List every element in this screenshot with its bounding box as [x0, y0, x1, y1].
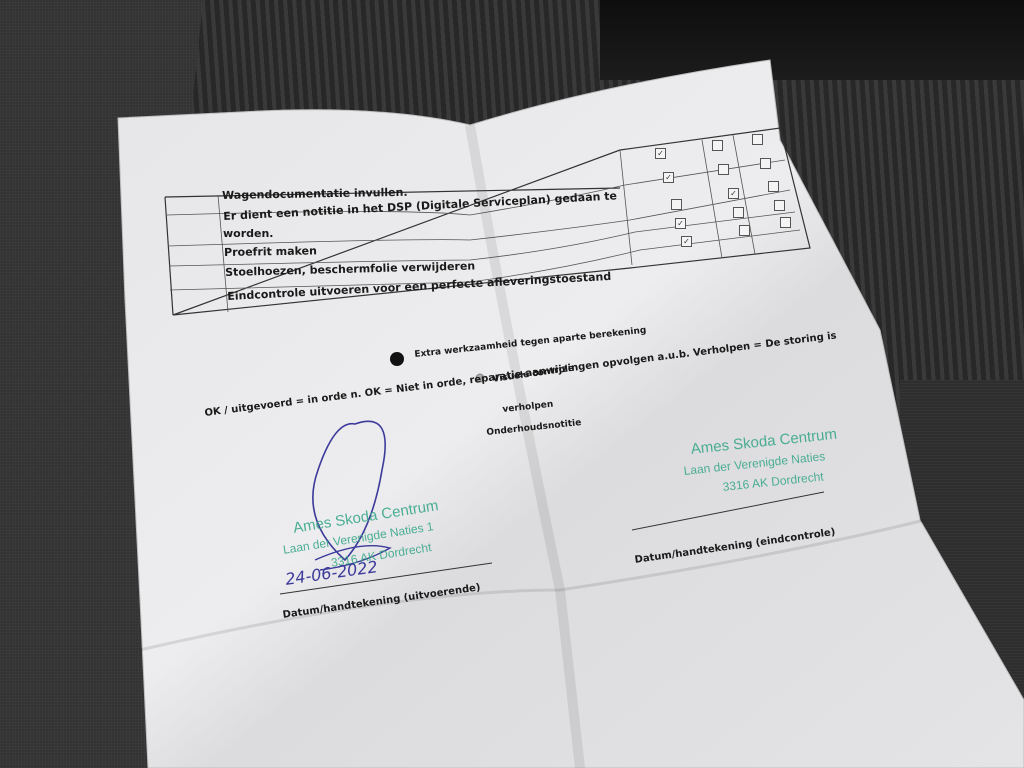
task-row-3: Proefrit maken	[224, 244, 317, 259]
checkbox-r2-c2[interactable]	[718, 164, 729, 175]
task-row-2-line2: worden.	[223, 227, 274, 240]
checkbox-r4-c3[interactable]	[774, 200, 785, 211]
checkbox-r3-c2[interactable]: ✓	[728, 188, 739, 199]
checkbox-r2-c1[interactable]: ✓	[663, 172, 674, 183]
document-paper: ✓ ✓ ✓ ✓ ✓ Wagendocumentatie invullen. Er…	[0, 0, 1024, 768]
checkbox-r5-c1[interactable]: ✓	[681, 236, 692, 247]
checkbox-r3-c3[interactable]	[768, 181, 779, 192]
checkbox-r3-c1[interactable]	[671, 199, 682, 210]
checkbox-r5-c3[interactable]	[780, 217, 791, 228]
checkbox-r5-c2[interactable]	[739, 225, 750, 236]
checkbox-r4-c1[interactable]: ✓	[675, 218, 686, 229]
checkbox-r2-c3[interactable]	[760, 158, 771, 169]
checkbox-r4-c2[interactable]	[733, 207, 744, 218]
paper-shape	[0, 0, 1024, 768]
checkbox-r1-c1[interactable]: ✓	[655, 148, 666, 159]
extra-work-bullet	[390, 352, 404, 366]
checkbox-r1-c3[interactable]	[752, 134, 763, 145]
checkbox-r1-c2[interactable]	[712, 140, 723, 151]
